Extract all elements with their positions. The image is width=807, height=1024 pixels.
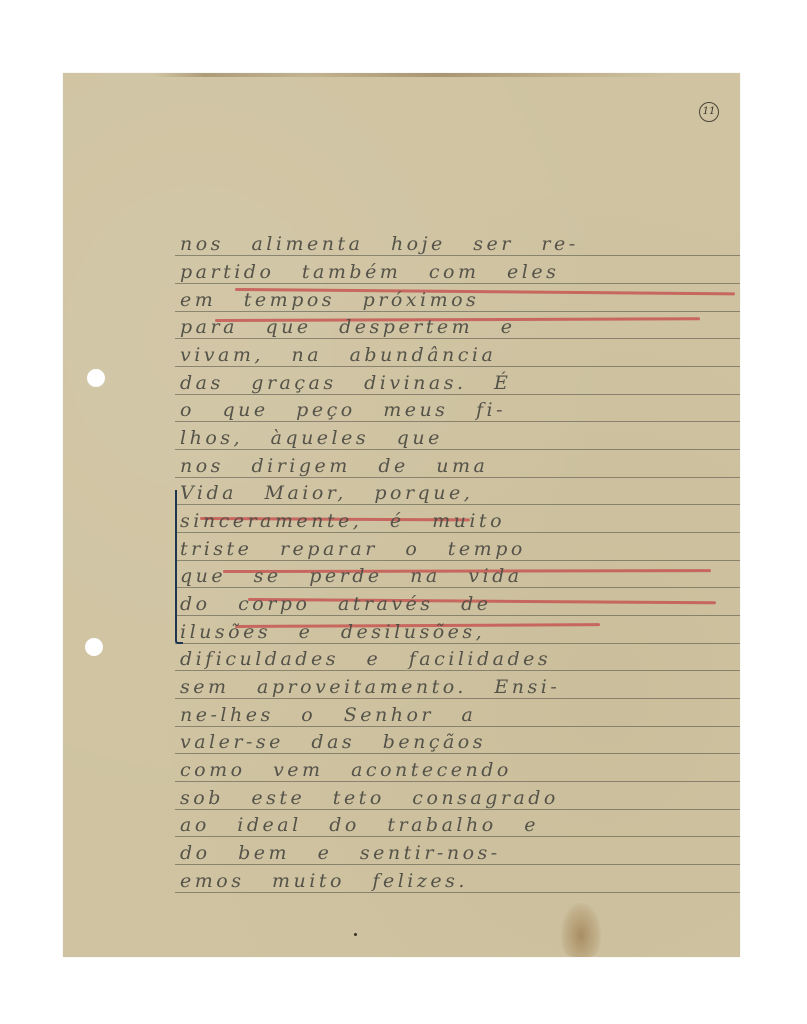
handwritten-line: das graças divinas. É (180, 370, 735, 396)
handwritten-line: valer-se das bençãos (180, 729, 735, 755)
handwritten-line: do corpo através de (180, 591, 735, 617)
handwritten-line: que se perde na vida (180, 563, 735, 589)
handwritten-line: sem aproveitamento. Ensi- (180, 674, 735, 700)
handwritten-line: em tempos próximos (180, 287, 735, 313)
handwritten-line: Vida Maior, porque, (180, 480, 735, 506)
handwritten-line: partido também com eles (180, 259, 735, 285)
handwritten-line: dificuldades e facilidades (180, 646, 735, 672)
handwritten-line: o que peço meus fi- (180, 397, 735, 423)
punch-hole-top (87, 369, 105, 387)
page-number: 11 (699, 102, 719, 122)
manuscript-page: 11 nos alimenta hoje ser re- partido tam… (63, 73, 740, 957)
handwritten-line: do bem e sentir-nos- (180, 840, 735, 866)
handwritten-line: nos alimenta hoje ser re- (180, 231, 735, 257)
handwritten-line: triste reparar o tempo (180, 536, 735, 562)
handwritten-line: ilusões e desilusões, (180, 619, 735, 645)
handwritten-line: lhos, àqueles que (180, 425, 735, 451)
punch-hole-bottom (85, 638, 103, 656)
handwritten-line: vivam, na abundância (180, 342, 735, 368)
handwritten-line: sinceramente, é muito (180, 508, 735, 534)
handwritten-line: emos muito felizes. (180, 868, 735, 894)
handwritten-line: como vem acontecendo (180, 757, 735, 783)
handwritten-line: nos dirigem de uma (180, 453, 735, 479)
ink-speck (354, 933, 357, 936)
handwritten-line: para que despertem e (180, 314, 735, 340)
edge-stain (153, 73, 673, 77)
handwritten-line: sob este teto consagrado (180, 785, 735, 811)
water-stain (561, 903, 601, 957)
handwritten-line: ao ideal do trabalho e (180, 812, 735, 838)
handwritten-line: ne-lhes o Senhor a (180, 702, 735, 728)
